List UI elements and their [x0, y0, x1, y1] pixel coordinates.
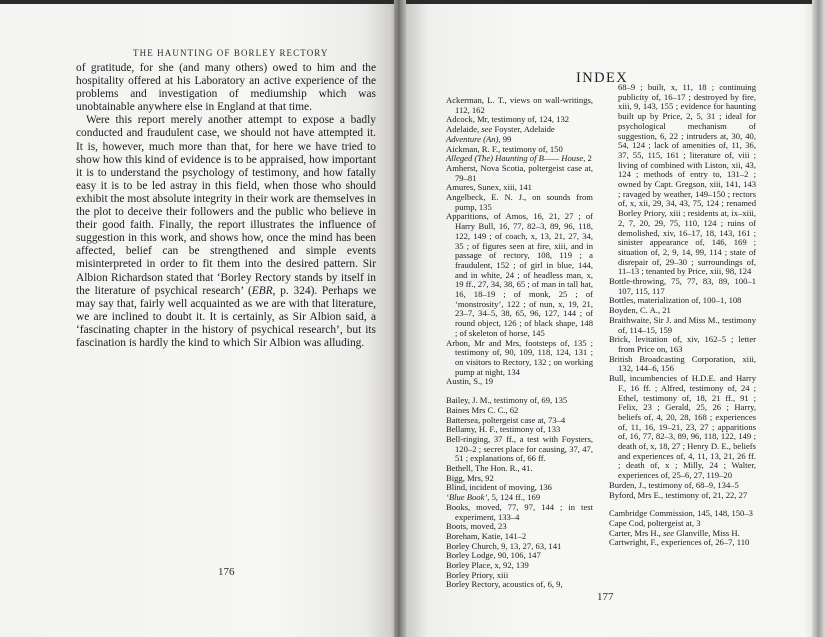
- book-gutter: [394, 0, 406, 637]
- index-entry: Borley Rectory, acoustics of, 6, 9,: [446, 580, 593, 590]
- index-entry: Angelbeck, E. N. J., on sounds from pump…: [446, 193, 593, 212]
- index-entry: Bull, incumbencies of H.D.E. and Harry F…: [609, 374, 756, 481]
- index-entry: Amherst, Nova Scotia, poltergeist case a…: [446, 164, 593, 183]
- index-entry: Bell-ringing, 37 ff., a test with Foyste…: [446, 435, 593, 464]
- index-entry-title: Adventure (An): [446, 134, 498, 144]
- see-reference: see: [481, 124, 492, 134]
- index-entry: Books, moved, 77, 97, 144 ; in test expe…: [446, 503, 593, 522]
- index-entry: Braithwaite, Sir J. and Miss M., testimo…: [609, 316, 756, 335]
- index-entry: Byford, Mrs E., testimony of, 21, 22, 27: [609, 491, 756, 501]
- index-entry: Austin, S., 19: [446, 377, 593, 387]
- body-text: of gratitude, for she (and many others) …: [76, 62, 376, 350]
- index-entry-title: ‘Blue Book’: [446, 492, 487, 502]
- see-reference: see: [663, 528, 674, 538]
- citation-abbreviation: EBR: [252, 285, 273, 297]
- paragraph-2: Were this report merely another attempt …: [76, 114, 376, 350]
- left-page: THE HAUNTING OF BORLEY RECTORY of gratit…: [0, 4, 398, 637]
- index-entry: Arbon, Mr and Mrs, footsteps of, 135 ; t…: [446, 339, 593, 378]
- index-entry-title: Alleged (The) Haunting of B—— House: [446, 153, 583, 163]
- index-entry: 68–9 ; built, x, 11, 18 ; continuing pub…: [609, 83, 756, 277]
- index-entry: Cartwright, F., experiences of, 26–7, 11…: [609, 538, 756, 548]
- index-entry: Bottle-throwing, 75, 77, 83, 89, 100–1 1…: [609, 277, 756, 296]
- page-edge-shadow: [812, 0, 825, 637]
- index-entry: British Broadcasting Corporation, xiii, …: [609, 355, 756, 374]
- index-entry: Ackerman, L. T., views on wall-writings,…: [446, 96, 593, 115]
- index-entry: Apparitions, of Amos, 16, 21, 27 ; of Ha…: [446, 212, 593, 338]
- page-number-left: 176: [218, 566, 235, 578]
- paragraph-1: of gratitude, for she (and many others) …: [76, 62, 376, 114]
- index-column-left: Ackerman, L. T., views on wall-writings,…: [446, 96, 593, 590]
- running-head: THE HAUNTING OF BORLEY RECTORY: [133, 48, 329, 58]
- paragraph-2-text: Were this report merely another attempt …: [76, 114, 376, 296]
- index-column-right: 68–9 ; built, x, 11, 18 ; continuing pub…: [609, 83, 756, 548]
- page-number-right: 177: [597, 591, 614, 603]
- index-entry: Brick, levitation of, xiv, 162–5 ; lette…: [609, 335, 756, 354]
